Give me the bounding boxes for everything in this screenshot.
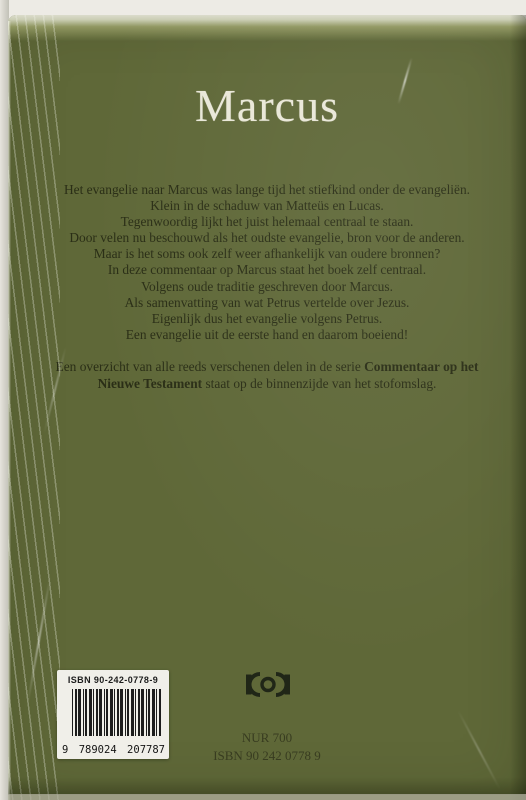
blurb-line: In deze commentaar op Marcus staat het b… [36,262,498,278]
publisher-logo-icon [245,671,291,698]
blurb-line: Als samenvatting van wat Petrus vertelde… [36,295,498,311]
blurb-line: Klein in de schaduw van Matteüs en Lucas… [36,198,498,214]
series-note: Een overzicht van alle reeds verschenen … [48,358,486,392]
book-bottom-edge-shadow [8,777,526,795]
blurb-line: Volgens oude traditie geschreven door Ma… [36,279,498,295]
blurb-line: Een evangelie uit de eerste hand en daar… [36,327,498,343]
series-note-text: staat op de binnenzijde van het stofomsl… [202,376,436,391]
book-cover: Marcus Het evangelie naar Marcus was lan… [8,15,526,800]
isbn-number: ISBN 90 242 0778 9 [8,747,526,765]
blurb-line: Eigenlijk dus het evangelie volgens Petr… [36,311,498,327]
nur-code: NUR 700 [8,729,526,747]
shrinkwrap-glare [8,15,60,800]
background-bottom-strip [8,794,526,800]
footer-codes: NUR 700 ISBN 90 242 0778 9 [8,729,526,764]
blurb-line: Het evangelie naar Marcus was lange tijd… [36,182,498,198]
blurb-line: Door velen nu beschouwd als het oudste e… [36,230,498,246]
shrinkwrap-streak [27,576,52,704]
series-note-text: Een overzicht van alle reeds verschenen … [56,359,365,374]
blurb-line: Maar is het soms ook zelf weer afhankeli… [36,246,498,262]
book-title: Marcus [8,79,526,132]
back-cover-blurb: Het evangelie naar Marcus was lange tijd… [36,182,498,343]
book-top-edge-glare [8,15,526,41]
book-left-edge-highlight [8,21,11,800]
book-right-edge-shadow [510,15,526,800]
blurb-line: Tegenwoordig lijkt het juist helemaal ce… [36,214,498,230]
book-back-cover-photo: Marcus Het evangelie naar Marcus was lan… [0,0,526,800]
barcode-isbn-text: ISBN 90-242-0778-9 [57,670,169,685]
